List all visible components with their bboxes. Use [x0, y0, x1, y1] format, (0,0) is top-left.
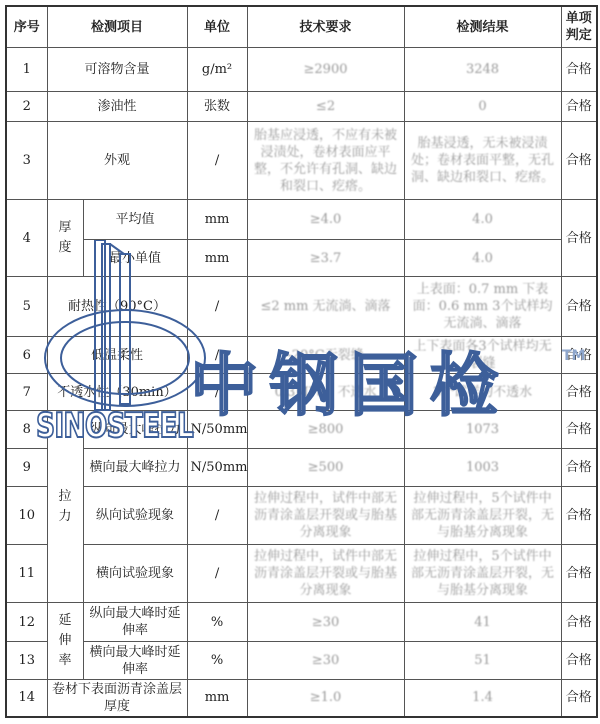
- row-result: 3248: [404, 48, 561, 92]
- row-seq: 9: [6, 449, 47, 487]
- group-label: 拉力: [58, 487, 72, 527]
- row-result: 胎基浸透，无未被浸渍处；卷材表面平整，无孔洞、缺边和裂口、疙瘩。: [404, 122, 561, 200]
- row-unit: g/m²: [187, 48, 247, 92]
- row-result: 1073: [404, 411, 561, 449]
- group-elongation: 延伸率: [47, 603, 83, 680]
- row-item: 卷材下表面沥青涂盖层厚度: [47, 680, 187, 717]
- row-requirement: 0.3MPa，不透水: [247, 374, 404, 411]
- group-thickness: 厚度: [47, 200, 83, 277]
- table-row: 4 厚度 平均值 mm ≥4.0 4.0 合格: [6, 200, 597, 240]
- row-item: 平均值: [83, 200, 187, 240]
- row-requirement: ≤2 mm 无流淌、滴落: [247, 277, 404, 337]
- row-requirement: ≥3.7: [247, 240, 404, 277]
- row-item: 低温柔性: [47, 337, 187, 374]
- row-requirement: -20°C无裂缝: [247, 337, 404, 374]
- table-row: 5 耐热性（90°C） / ≤2 mm 无流淌、滴落 上表面：0.7 mm 下表…: [6, 277, 597, 337]
- header-requirement: 技术要求: [247, 6, 404, 48]
- row-seq: 10: [6, 487, 47, 545]
- row-judgement: 合格: [561, 545, 597, 603]
- row-requirement: 拉伸过程中，试件中部无沥青涂盖层开裂或与胎基分离现象: [247, 545, 404, 603]
- header-item: 检测项目: [47, 6, 187, 48]
- table-row: 7 不透水性（30min） / 0.3MPa，不透水 3个试样均不透水 合格: [6, 374, 597, 411]
- row-seq: 5: [6, 277, 47, 337]
- row-item: 横向最大峰时延伸率: [83, 642, 187, 680]
- row-seq: 11: [6, 545, 47, 603]
- row-unit: /: [187, 374, 247, 411]
- row-item: 纵向最大峰拉力: [83, 411, 187, 449]
- table-row: 最小单值 mm ≥3.7 4.0: [6, 240, 597, 277]
- row-result: 上下表面各3个试样均无裂缝: [404, 337, 561, 374]
- row-judgement: 合格: [561, 92, 597, 122]
- table-row: 2 渗油性 张数 ≤2 0 合格: [6, 92, 597, 122]
- row-unit: /: [187, 337, 247, 374]
- row-result: 3个试样均不透水: [404, 374, 561, 411]
- row-item: 外观: [47, 122, 187, 200]
- row-result: 1003: [404, 449, 561, 487]
- row-seq: 2: [6, 92, 47, 122]
- row-unit: /: [187, 545, 247, 603]
- table-row: 10 纵向试验现象 / 拉伸过程中，试件中部无沥青涂盖层开裂或与胎基分离现象 拉…: [6, 487, 597, 545]
- row-item: 纵向试验现象: [83, 487, 187, 545]
- row-seq: 4: [6, 200, 47, 277]
- header-unit: 单位: [187, 6, 247, 48]
- row-unit: %: [187, 603, 247, 642]
- row-judgement: 合格: [561, 603, 597, 642]
- header-judgement: 单项判定: [561, 6, 597, 48]
- row-requirement: 胎基应浸透，不应有未被浸渍处，卷材表面应平整，不允许有孔洞、缺边和裂口、疙瘩。: [247, 122, 404, 200]
- row-result: 51: [404, 642, 561, 680]
- table-row: 6 低温柔性 / -20°C无裂缝 上下表面各3个试样均无裂缝 合格: [6, 337, 597, 374]
- row-seq: 1: [6, 48, 47, 92]
- row-result: 1.4: [404, 680, 561, 717]
- row-seq: 13: [6, 642, 47, 680]
- table-row: 8 拉力 纵向最大峰拉力 N/50mm ≥800 1073 合格: [6, 411, 597, 449]
- row-unit: N/50mm: [187, 449, 247, 487]
- header-seq: 序号: [6, 6, 47, 48]
- row-judgement: 合格: [561, 680, 597, 717]
- row-unit: mm: [187, 200, 247, 240]
- row-requirement: ≥500: [247, 449, 404, 487]
- row-requirement: ≥800: [247, 411, 404, 449]
- row-result: 拉伸过程中，5个试件中部无沥青涂盖层开裂，无与胎基分离现象: [404, 545, 561, 603]
- row-result: 4.0: [404, 200, 561, 240]
- row-requirement: ≥30: [247, 642, 404, 680]
- row-judgement: 合格: [561, 200, 597, 277]
- group-label: 厚度: [58, 218, 72, 258]
- row-judgement: 合格: [561, 487, 597, 545]
- table-row: 11 横向试验现象 / 拉伸过程中，试件中部无沥青涂盖层开裂或与胎基分离现象 拉…: [6, 545, 597, 603]
- row-result: 拉伸过程中，5个试件中部无沥青涂盖层开裂，无与胎基分离现象: [404, 487, 561, 545]
- row-seq: 14: [6, 680, 47, 717]
- row-requirement: ≥4.0: [247, 200, 404, 240]
- row-item: 渗油性: [47, 92, 187, 122]
- row-requirement: ≥30: [247, 603, 404, 642]
- row-unit: /: [187, 277, 247, 337]
- row-item: 耐热性（90°C）: [47, 277, 187, 337]
- row-item: 可溶物含量: [47, 48, 187, 92]
- row-unit: N/50mm: [187, 411, 247, 449]
- row-unit: /: [187, 487, 247, 545]
- row-judgement: 合格: [561, 337, 597, 374]
- row-result: 4.0: [404, 240, 561, 277]
- row-unit: %: [187, 642, 247, 680]
- row-item: 横向最大峰拉力: [83, 449, 187, 487]
- row-judgement: 合格: [561, 48, 597, 92]
- row-seq: 3: [6, 122, 47, 200]
- row-requirement: ≤2: [247, 92, 404, 122]
- table-row: 9 横向最大峰拉力 N/50mm ≥500 1003 合格: [6, 449, 597, 487]
- row-seq: 12: [6, 603, 47, 642]
- row-unit: mm: [187, 240, 247, 277]
- row-seq: 7: [6, 374, 47, 411]
- table-row: 14 卷材下表面沥青涂盖层厚度 mm ≥1.0 1.4 合格: [6, 680, 597, 717]
- row-judgement: 合格: [561, 277, 597, 337]
- row-result: 41: [404, 603, 561, 642]
- row-requirement: 拉伸过程中，试件中部无沥青涂盖层开裂或与胎基分离现象: [247, 487, 404, 545]
- row-requirement: ≥1.0: [247, 680, 404, 717]
- header-row: 序号 检测项目 单位 技术要求 检测结果 单项判定: [6, 6, 597, 48]
- group-tensile: 拉力: [47, 411, 83, 603]
- header-result: 检测结果: [404, 6, 561, 48]
- row-requirement: ≥2900: [247, 48, 404, 92]
- row-seq: 6: [6, 337, 47, 374]
- table-row: 12 延伸率 纵向最大峰时延伸率 % ≥30 41 合格: [6, 603, 597, 642]
- row-judgement: 合格: [561, 449, 597, 487]
- row-judgement: 合格: [561, 642, 597, 680]
- row-seq: 8: [6, 411, 47, 449]
- row-unit: /: [187, 122, 247, 200]
- row-item: 不透水性（30min）: [47, 374, 187, 411]
- group-label: 延伸率: [58, 611, 72, 671]
- test-report-table: 序号 检测项目 单位 技术要求 检测结果 单项判定 1 可溶物含量 g/m² ≥…: [5, 5, 598, 718]
- table-row: 3 外观 / 胎基应浸透，不应有未被浸渍处，卷材表面应平整，不允许有孔洞、缺边和…: [6, 122, 597, 200]
- row-item: 最小单值: [83, 240, 187, 277]
- row-item: 横向试验现象: [83, 545, 187, 603]
- row-result: 上表面：0.7 mm 下表面：0.6 mm 3个试样均无流淌、滴落: [404, 277, 561, 337]
- row-result: 0: [404, 92, 561, 122]
- row-item: 纵向最大峰时延伸率: [83, 603, 187, 642]
- row-unit: mm: [187, 680, 247, 717]
- table-row: 13 横向最大峰时延伸率 % ≥30 51 合格: [6, 642, 597, 680]
- row-unit: 张数: [187, 92, 247, 122]
- table-row: 1 可溶物含量 g/m² ≥2900 3248 合格: [6, 48, 597, 92]
- row-judgement: 合格: [561, 374, 597, 411]
- row-judgement: 合格: [561, 122, 597, 200]
- row-judgement: 合格: [561, 411, 597, 449]
